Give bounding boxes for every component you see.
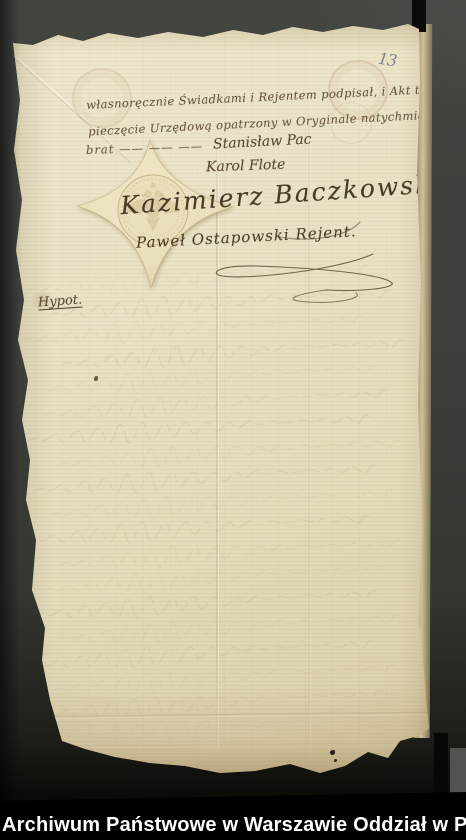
archive-caption-bar: Archiwum Państwowe w Warszawie Oddział w… bbox=[0, 792, 466, 840]
archival-scan-viewport: własnoręcznie Świadkami i Rejentem podpi… bbox=[0, 0, 466, 840]
manuscript-page: własnoręcznie Świadkami i Rejentem podpi… bbox=[8, 22, 432, 778]
binding-gap-bottom bbox=[434, 733, 448, 795]
archive-caption-text: Archiwum Państwowe w Warszawie Oddział w… bbox=[2, 814, 466, 837]
paper-edge-shading bbox=[8, 22, 432, 778]
background-patch bbox=[450, 748, 466, 798]
